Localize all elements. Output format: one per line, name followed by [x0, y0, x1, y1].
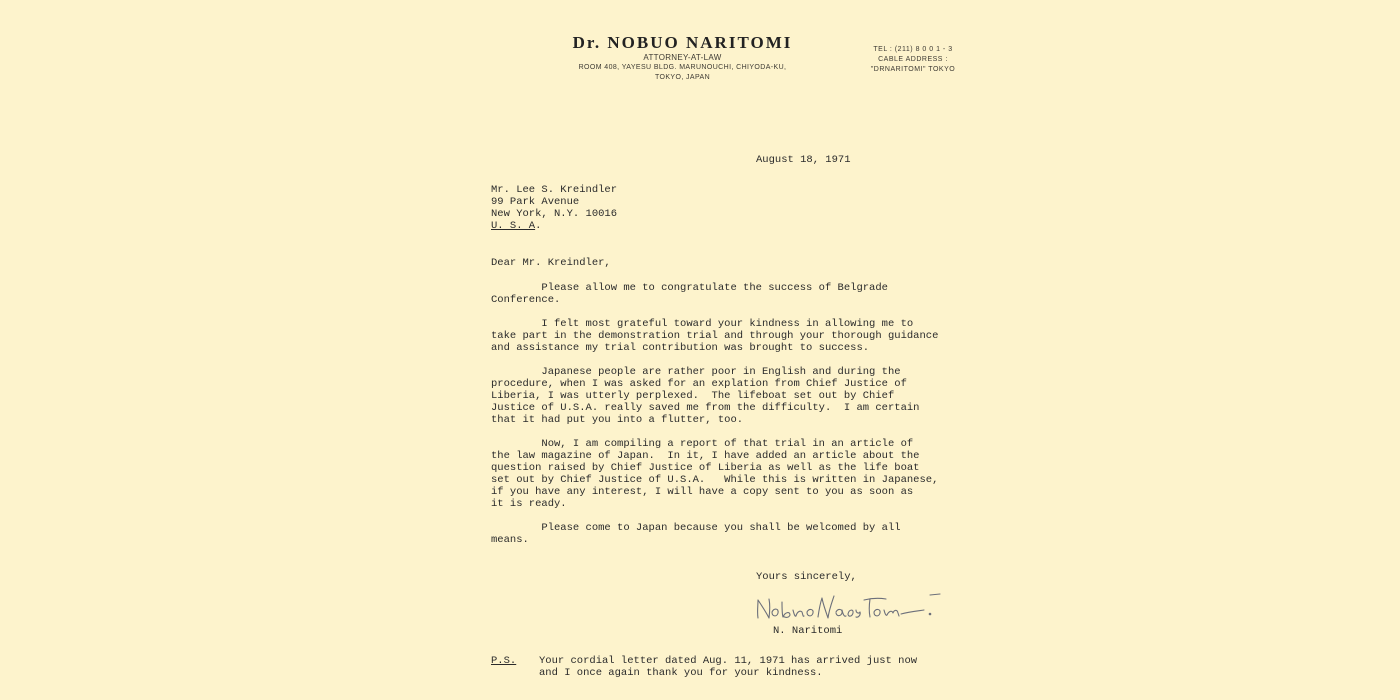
- postscript-label: P.S.: [491, 655, 516, 667]
- paragraph-report: Now, I am compiling a report of that tri…: [491, 438, 938, 510]
- paragraph-invitation: Please come to Japan because you shall b…: [491, 522, 901, 546]
- recipient-country: U. S. A: [491, 220, 535, 232]
- postscript-text: Your cordial letter dated Aug. 11, 1971 …: [539, 655, 917, 679]
- letterhead-name: Dr. NOBUO NARITOMI: [560, 33, 805, 53]
- letterhead-title: ATTORNEY-AT-LAW: [560, 53, 805, 63]
- telephone: TEL : (211) 8 0 0 1 - 3: [858, 45, 968, 55]
- letterhead-address-line1: ROOM 408, YAYESU BLDG. MARUNOUCHI, CHIYO…: [560, 63, 805, 73]
- paragraph-congratulation: Please allow me to congratulate the succ…: [491, 282, 888, 306]
- recipient-city: New York, N.Y. 10016: [491, 208, 617, 220]
- signature-icon: [752, 590, 942, 622]
- attorney-name: NOBUO NARITOMI: [607, 33, 792, 52]
- letterhead-contact: TEL : (211) 8 0 0 1 - 3 CABLE ADDRESS : …: [858, 45, 968, 75]
- recipient-country-line: U. S. A.: [491, 220, 617, 232]
- letterhead-address-line2: TOKYO, JAPAN: [560, 73, 805, 83]
- signer-name: N. Naritomi: [773, 625, 842, 637]
- paragraph-gratitude: I felt most grateful toward your kindnes…: [491, 318, 938, 354]
- cable-label: CABLE ADDRESS :: [858, 55, 968, 65]
- closing: Yours sincerely,: [756, 571, 857, 583]
- recipient-country-period: .: [535, 220, 541, 232]
- letterhead: Dr. NOBUO NARITOMI ATTORNEY-AT-LAW ROOM …: [560, 33, 805, 83]
- paragraph-procedure: Japanese people are rather poor in Engli…: [491, 366, 919, 426]
- name-prefix: Dr.: [573, 33, 602, 52]
- recipient-address: Mr. Lee S. Kreindler99 Park AvenueNew Yo…: [491, 184, 617, 232]
- letter-date: August 18, 1971: [756, 154, 851, 166]
- salutation: Dear Mr. Kreindler,: [491, 257, 611, 269]
- recipient-street: 99 Park Avenue: [491, 196, 617, 208]
- cable-address: "DRNARITOMI" TOKYO: [858, 65, 968, 75]
- recipient-name: Mr. Lee S. Kreindler: [491, 184, 617, 196]
